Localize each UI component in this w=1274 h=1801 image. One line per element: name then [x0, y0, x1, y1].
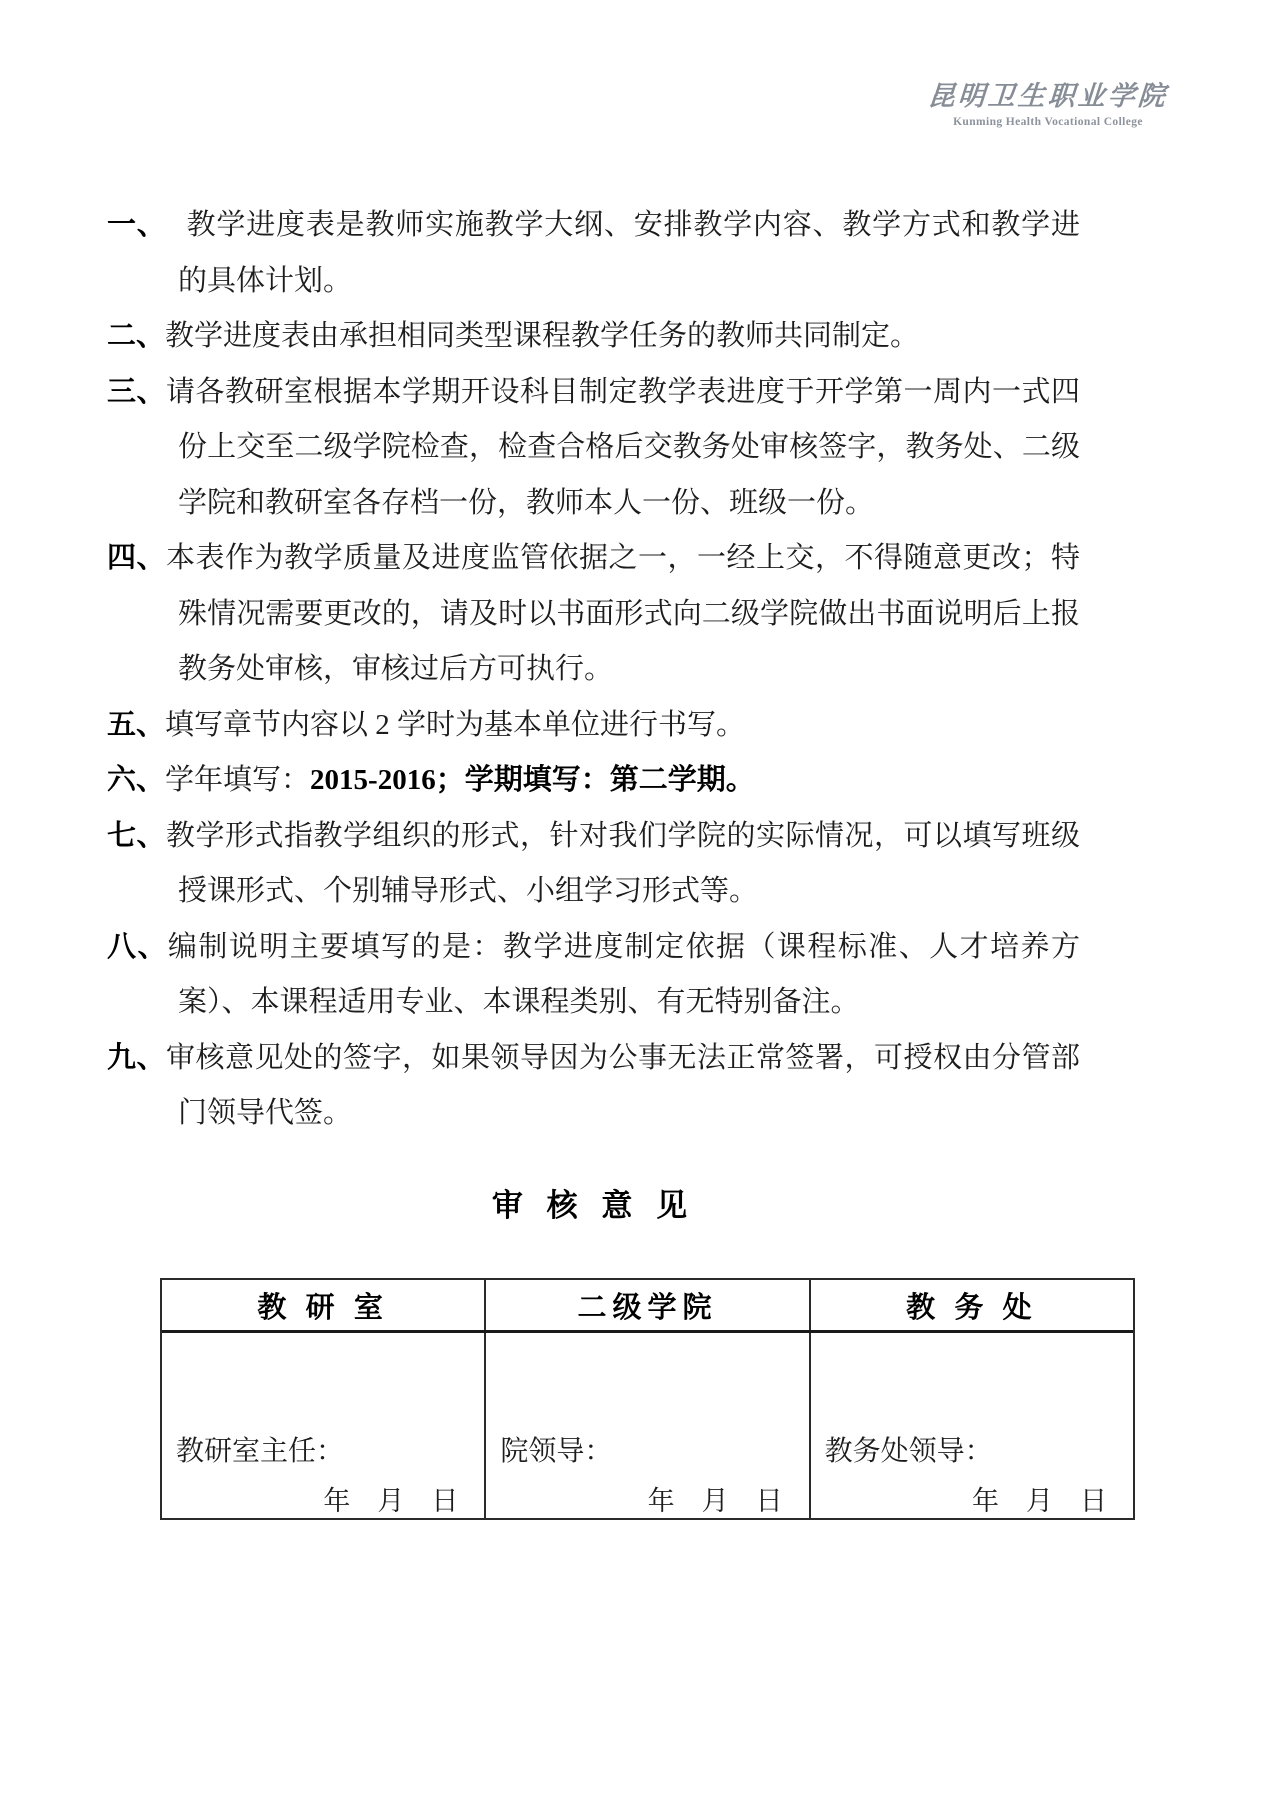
- date-line-academic-affairs: 年 月 日: [972, 1479, 1107, 1518]
- review-table: 教 研 室 二级学院 教 务 处 教研室主任： 年 月 日 院领导： 年 月 日…: [160, 1278, 1135, 1520]
- header-cell-academic-affairs-office: 教 务 处: [809, 1280, 1133, 1330]
- header-cell-secondary-college: 二级学院: [484, 1280, 808, 1330]
- instruction-notes-list: 一、教学进度表是教师实施教学大纲、安排教学内容、教学方式和教学进的具体计划。 二…: [107, 198, 1080, 1142]
- signature-cell-secondary-college: 院领导： 年 月 日: [484, 1333, 808, 1518]
- note-number-3: 三、: [107, 376, 166, 408]
- note-text-7: 教学形式指教学组织的形式，针对我们学院的实际情况，可以填写班级授课形式、个别辅导…: [166, 820, 1080, 908]
- note-number-1: 一、: [107, 209, 167, 241]
- note-item-2: 二、教学进度表由承担相同类型课程教学任务的教师共同制定。: [107, 309, 1080, 365]
- signer-label-office-director: 教研室主任：: [176, 1429, 344, 1469]
- note-text-4: 本表作为教学质量及进度监管依据之一，一经上交，不得随意更改；特殊情况需要更改的，…: [166, 542, 1080, 685]
- note-text-6-bold-value: 2015-2016；学期填写：第二学期。: [310, 764, 755, 796]
- review-table-header-row: 教 研 室 二级学院 教 务 处: [162, 1280, 1133, 1333]
- note-text-6: 学年填写：: [165, 764, 310, 796]
- college-logo-chinese-calligraphy: 昆明卫生职业学院: [927, 74, 1170, 113]
- signer-label-academic-affairs-leader: 教务处领导：: [825, 1429, 993, 1469]
- note-item-9: 九、审核意见处的签字，如果领导因为公事无法正常签署，可授权由分管部门领导代签。: [107, 1031, 1080, 1142]
- note-item-5: 五、填写章节内容以 2 学时为基本单位进行书写。: [107, 698, 1080, 754]
- signature-cell-academic-affairs-office: 教务处领导： 年 月 日: [809, 1333, 1133, 1518]
- date-line-office: 年 月 日: [323, 1479, 458, 1518]
- note-text-5: 填写章节内容以 2 学时为基本单位进行书写。: [165, 709, 745, 741]
- note-text-9: 审核意见处的签字，如果领导因为公事无法正常签署，可授权由分管部门领导代签。: [166, 1042, 1080, 1130]
- review-opinions-heading: 审 核 意 见: [107, 1180, 1080, 1225]
- date-line-college: 年 月 日: [648, 1479, 783, 1518]
- note-number-5: 五、: [107, 709, 165, 741]
- college-logo: 昆明卫生职业学院 Kunming Health Vocational Colle…: [928, 74, 1168, 128]
- note-text-2: 教学进度表由承担相同类型课程教学任务的教师共同制定。: [165, 320, 919, 352]
- note-text-1: 教学进度表是教师实施教学大纲、安排教学内容、教学方式和教学进的具体计划。: [178, 209, 1080, 297]
- note-text-3: 请各教研室根据本学期开设科目制定教学表进度于开学第一周内一式四份上交至二级学院检…: [166, 376, 1080, 519]
- note-item-7: 七、教学形式指教学组织的形式，针对我们学院的实际情况，可以填写班级授课形式、个别…: [107, 809, 1080, 920]
- note-number-8: 八、: [107, 931, 168, 963]
- note-item-8: 八、编制说明主要填写的是：教学进度制定依据（课程标准、人才培养方案）、本课程适用…: [107, 920, 1080, 1031]
- note-number-6: 六、: [107, 764, 165, 796]
- note-number-9: 九、: [107, 1042, 166, 1074]
- note-item-6: 六、学年填写：2015-2016；学期填写：第二学期。: [107, 753, 1080, 809]
- note-number-2: 二、: [107, 320, 165, 352]
- header-cell-teaching-research-office: 教 研 室: [162, 1280, 484, 1330]
- note-text-8: 编制说明主要填写的是：教学进度制定依据（课程标准、人才培养方案）、本课程适用专业…: [168, 931, 1080, 1019]
- note-number-4: 四、: [107, 542, 166, 574]
- note-item-1: 一、教学进度表是教师实施教学大纲、安排教学内容、教学方式和教学进的具体计划。: [107, 198, 1080, 309]
- review-table-body-row: 教研室主任： 年 月 日 院领导： 年 月 日 教务处领导： 年 月 日: [162, 1333, 1133, 1518]
- signature-cell-teaching-research-office: 教研室主任： 年 月 日: [162, 1333, 484, 1518]
- document-page: 昆明卫生职业学院 Kunming Health Vocational Colle…: [0, 0, 1274, 1801]
- note-item-3: 三、请各教研室根据本学期开设科目制定教学表进度于开学第一周内一式四份上交至二级学…: [107, 365, 1080, 532]
- signer-label-college-leader: 院领导：: [500, 1429, 612, 1469]
- note-number-7: 七、: [107, 820, 166, 852]
- note-item-4: 四、本表作为教学质量及进度监管依据之一，一经上交，不得随意更改；特殊情况需要更改…: [107, 531, 1080, 698]
- college-logo-english-name: Kunming Health Vocational College: [928, 116, 1168, 128]
